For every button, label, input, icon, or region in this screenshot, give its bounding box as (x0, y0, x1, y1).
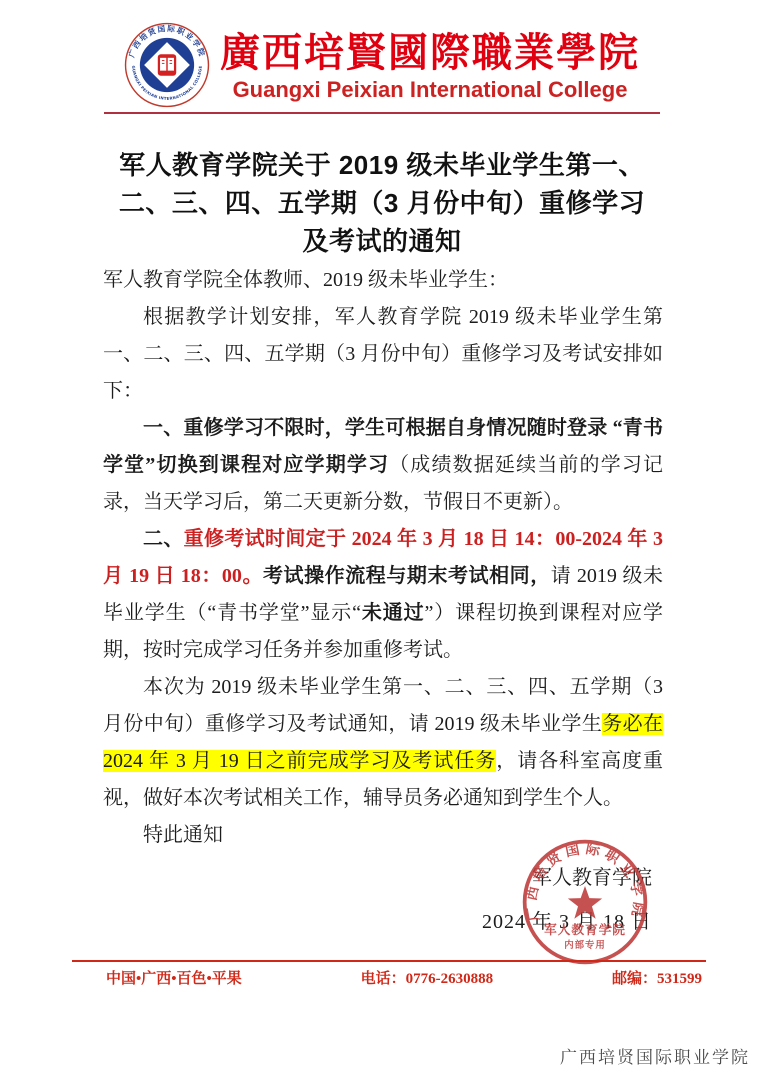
college-logo-icon: 广西培贤国际职业学院 GUANGXI PEIXIAN INTERNATIONAL… (124, 22, 210, 108)
footer-postal-code: 531599 (657, 971, 702, 987)
footer-location: 中国•广西•百色•平果 (106, 967, 242, 988)
paragraph: 根据教学计划安排，军人教育学院 2019 级未毕业学生第一、二、三、四、五学期（… (103, 299, 663, 410)
notice-title: 军人教育学院关于 2019 级未毕业学生第一、 二、三、四、五学期（3 月份中旬… (80, 146, 684, 260)
notice-title-line: 及考试的通知 (80, 222, 684, 260)
notice-body: 军人教育学院全体教师、2019 级未毕业学生：根据教学计划安排，军人教育学院 2… (103, 262, 663, 854)
paragraph: 二、重修考试时间定于 2024 年 3 月 18 日 14：00-2024 年 … (103, 521, 663, 669)
text-segment-normal: 特此通知 (143, 824, 223, 846)
footer-phone-label: 电话： (361, 971, 406, 987)
footer-phone-number: 0776-2630888 (406, 971, 494, 987)
text-segment-normal: 军人教育学院全体教师、2019 级未毕业学生： (103, 269, 508, 291)
paragraph: 本次为 2019 级未毕业学生第一、二、三、四、五学期（3 月份中旬）重修学习及… (103, 669, 663, 817)
seal-star-icon (568, 886, 602, 919)
text-segment-bold: 未通过 (361, 602, 425, 624)
notice-title-line: 军人教育学院关于 2019 级未毕业学生第一、 (80, 146, 684, 184)
document-page: 广西培贤国际职业学院 GUANGXI PEIXIAN INTERNATIONAL… (0, 0, 764, 1080)
letterhead: 广西培贤国际职业学院 GUANGXI PEIXIAN INTERNATIONAL… (0, 22, 764, 108)
letterhead-divider (104, 112, 660, 114)
corner-watermark: 广西培贤国际职业学院 (560, 1043, 750, 1068)
text-segment-bold: 考试操作流程与期末考试相同， (263, 565, 551, 587)
footer-postal: 邮编：531599 (612, 967, 702, 988)
college-name-en: Guangxi Peixian International College (233, 78, 628, 102)
seal-center-text: 军人教育学院 (544, 922, 626, 937)
college-name-block: 廣西培賢國際職業學院 Guangxi Peixian International… (220, 28, 640, 102)
footer-phone: 电话：0776-2630888 (361, 967, 494, 988)
notice-title-line: 二、三、四、五学期（3 月份中旬）重修学习 (80, 184, 684, 222)
page-footer: 中国•广西•百色•平果 电话：0776-2630888 邮编：531599 (72, 960, 706, 988)
footer-postal-label: 邮编： (612, 971, 657, 987)
official-seal-icon: 广西培贤国际职业学院 军人教育学院 内部专用 (519, 836, 651, 968)
text-segment-bold: 二、 (143, 528, 184, 550)
college-name-cn: 廣西培賢國際職業學院 (220, 28, 640, 78)
text-segment-normal: 本次为 2019 级未毕业学生第一、二、三、四、五学期（3 月份中旬）重修学习及… (103, 676, 663, 735)
paragraph: 军人教育学院全体教师、2019 级未毕业学生： (103, 262, 663, 299)
paragraph: 一、重修学习不限时，学生可根据自身情况随时登录 “青书学堂”切换到课程对应学期学… (103, 410, 663, 521)
text-segment-normal: 根据教学计划安排，军人教育学院 2019 级未毕业学生第一、二、三、四、五学期（… (103, 306, 663, 402)
seal-bottom-text: 内部专用 (564, 939, 605, 951)
